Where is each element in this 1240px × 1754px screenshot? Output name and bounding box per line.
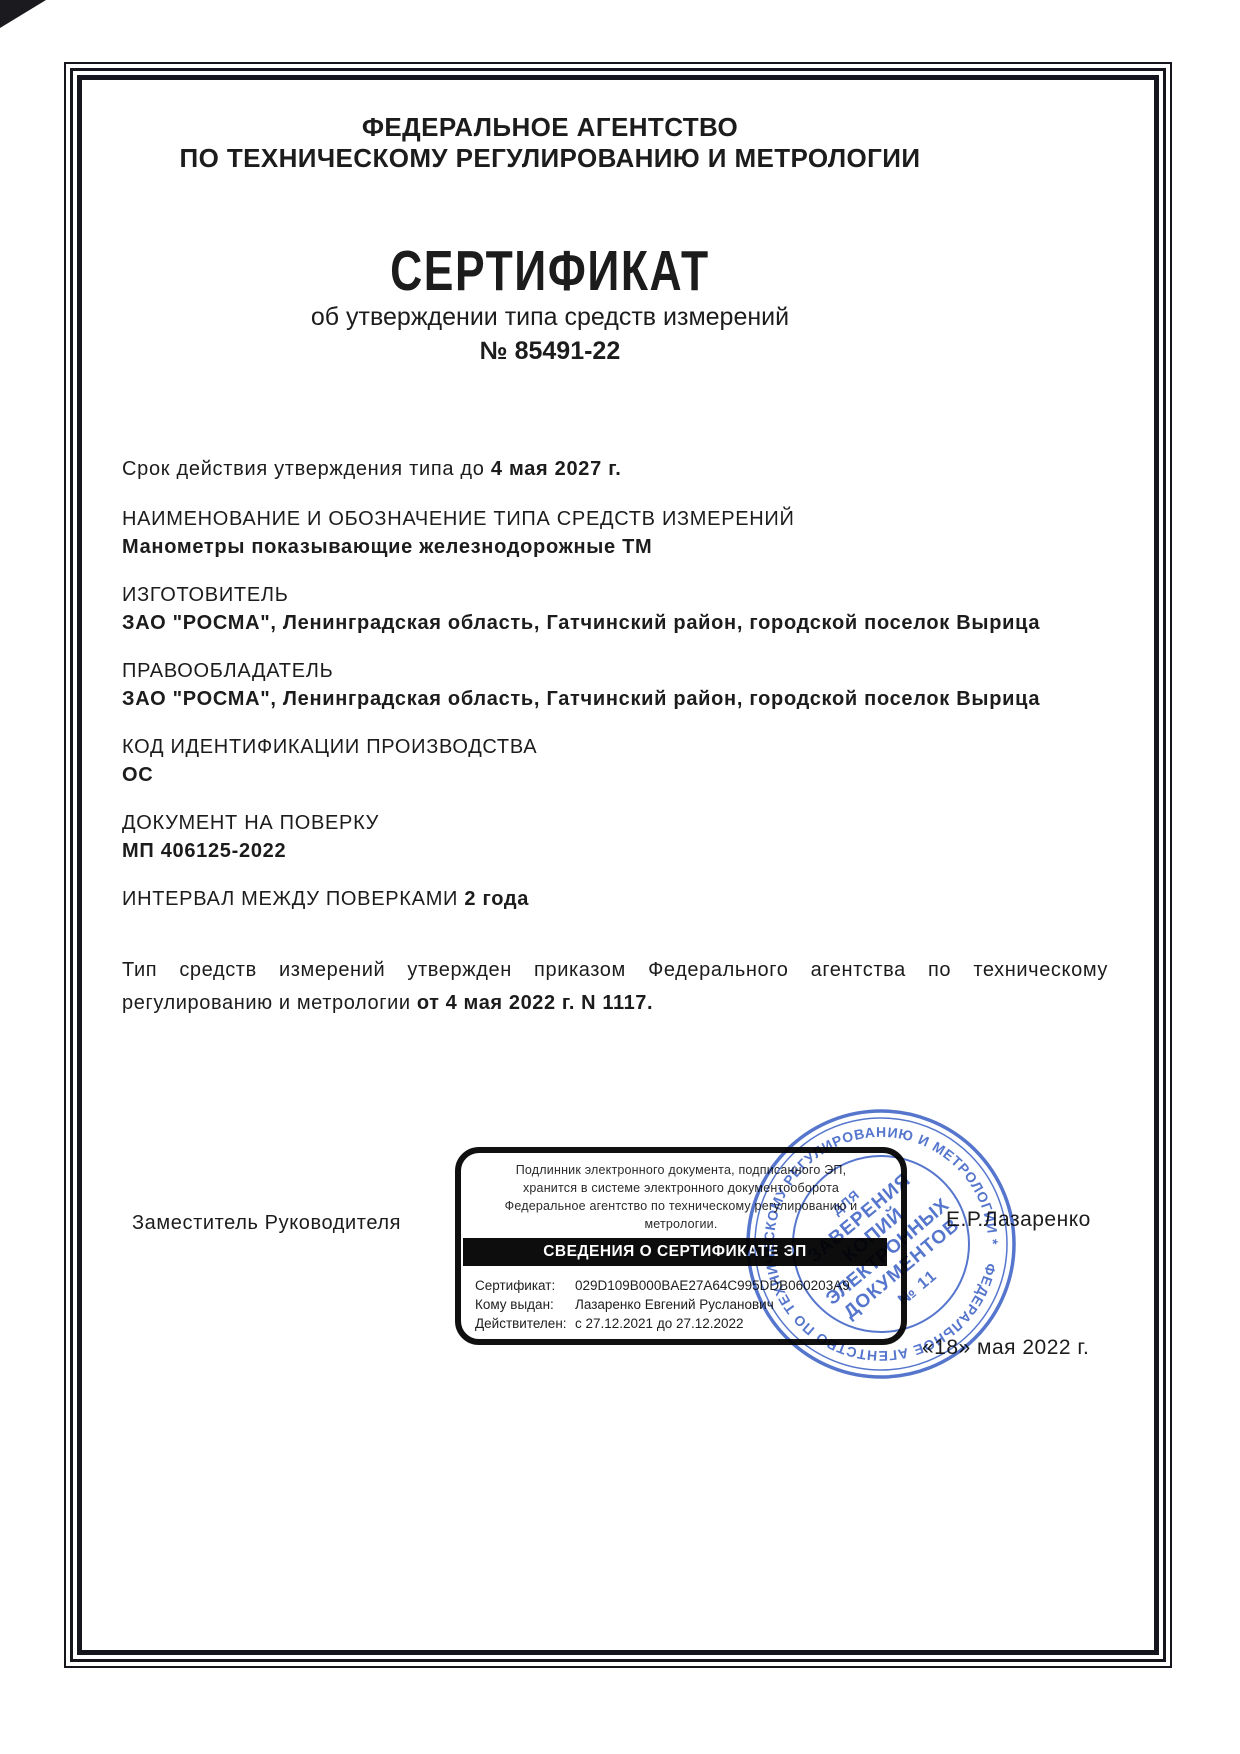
scan-corner-artifact — [0, 0, 46, 28]
certificate-subtitle: об утверждении типа средств измерений — [120, 303, 980, 332]
interval-prefix: ИНТЕРВАЛ МЕЖДУ ПОВЕРКАМИ — [122, 888, 464, 910]
section-verification-doc-value: МП 406125-2022 — [122, 840, 1112, 863]
section-name-value: Манометры показывающие железнодорожные Т… — [122, 536, 1112, 559]
certificate-title-wrap: СЕРТИФИКАТ — [120, 238, 980, 304]
interval-value: 2 года — [464, 888, 529, 910]
esign-issued-row: Кому выдан: Лазаренко Евгений Русланович — [475, 1295, 901, 1314]
esign-note: Подлинник электронного документа, подпис… — [461, 1161, 901, 1233]
approval-line1: Тип средств измерений утвержден приказом… — [122, 954, 1108, 987]
esign-banner: СВЕДЕНИЯ О СЕРТИФИКАТЕ ЭП — [463, 1238, 887, 1266]
approval-line2: регулированию и метрологии от 4 мая 2022… — [122, 987, 1108, 1020]
esign-issued-value: Лазаренко Евгений Русланович — [575, 1295, 774, 1314]
agency-name-line2: ПО ТЕХНИЧЕСКОМУ РЕГУЛИРОВАНИЮ И МЕТРОЛОГ… — [120, 143, 980, 174]
certificate-page: ФЕДЕРАЛЬНОЕ АГЕНТСТВО ПО ТЕХНИЧЕСКОМУ РЕ… — [0, 0, 1240, 1754]
section-production-code-label: КОД ИДЕНТИФИКАЦИИ ПРОИЗВОДСТВА — [122, 736, 1112, 759]
esign-valid-row: Действителен: с 27.12.2021 до 27.12.2022 — [475, 1314, 901, 1333]
esign-note-line: метрологии. — [461, 1215, 901, 1233]
approval-order-ref: от 4 мая 2022 г. N 1117. — [417, 992, 653, 1014]
esign-valid-label: Действителен: — [475, 1314, 575, 1333]
certificate-title: СЕРТИФИКАТ — [390, 238, 710, 304]
validity-prefix: Срок действия утверждения типа до — [122, 458, 491, 480]
esign-cert-label: Сертификат: — [475, 1276, 575, 1295]
section-manufacturer-label: ИЗГОТОВИТЕЛЬ — [122, 584, 1112, 607]
section-production-code-value: ОС — [122, 764, 1112, 787]
signer-position: Заместитель Руководителя — [132, 1212, 401, 1235]
esign-cert-value: 029D109B000BAE27A64C995DDB060203A9 — [575, 1276, 850, 1295]
esign-details: Сертификат: 029D109B000BAE27A64C995DDB06… — [475, 1276, 901, 1333]
signer-name: Е.Р.Лазаренко — [946, 1208, 1091, 1232]
esign-info-box: Подлинник электронного документа, подпис… — [455, 1147, 907, 1345]
validity-line: Срок действия утверждения типа до 4 мая … — [122, 458, 1112, 481]
interval-line: ИНТЕРВАЛ МЕЖДУ ПОВЕРКАМИ 2 года — [122, 888, 1112, 911]
esign-issued-label: Кому выдан: — [475, 1295, 575, 1314]
approval-paragraph: Тип средств измерений утвержден приказом… — [122, 954, 1108, 1020]
section-verification-doc-label: ДОКУМЕНТ НА ПОВЕРКУ — [122, 812, 1112, 835]
signature-date: «18» мая 2022 г. — [922, 1336, 1089, 1360]
agency-name-line1: ФЕДЕРАЛЬНОЕ АГЕНТСТВО — [120, 112, 980, 143]
approval-line2-prefix: регулированию и метрологии — [122, 992, 417, 1014]
esign-valid-value: с 27.12.2021 до 27.12.2022 — [575, 1314, 744, 1333]
esign-note-line: Федеральное агентство по техническому ре… — [461, 1197, 901, 1215]
section-rightsholder-value: ЗАО "РОСМА", Ленинградская область, Гатч… — [122, 688, 1112, 711]
section-manufacturer-value: ЗАО "РОСМА", Ленинградская область, Гатч… — [122, 612, 1112, 635]
section-name-label: НАИМЕНОВАНИЕ И ОБОЗНАЧЕНИЕ ТИПА СРЕДСТВ … — [122, 508, 1112, 531]
certificate-number: № 85491-22 — [120, 337, 980, 366]
section-rightsholder-label: ПРАВООБЛАДАТЕЛЬ — [122, 660, 1112, 683]
esign-note-line: Подлинник электронного документа, подпис… — [461, 1161, 901, 1179]
esign-cert-row: Сертификат: 029D109B000BAE27A64C995DDB06… — [475, 1276, 901, 1295]
esign-note-line: хранится в системе электронного документ… — [461, 1179, 901, 1197]
validity-date: 4 мая 2027 г. — [491, 458, 622, 480]
